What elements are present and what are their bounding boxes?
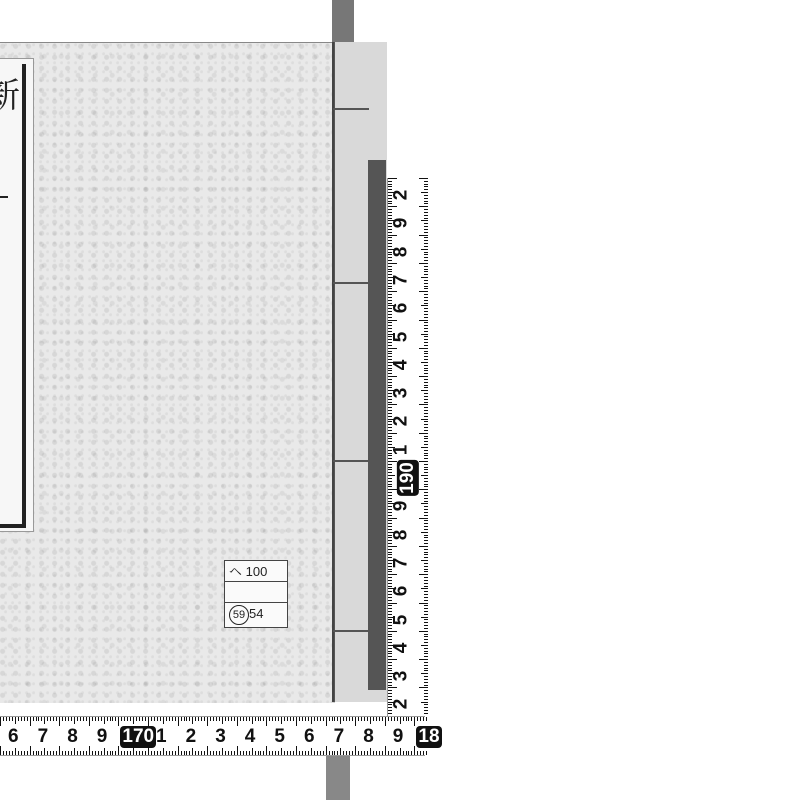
ruler-number: 190 [397,460,419,496]
ruler-number: 8 [67,726,78,748]
ruler-number: 6 [304,726,315,748]
binding-thread [332,42,334,702]
ruler-number: 1 [390,444,412,455]
ruler-number: 9 [393,726,404,748]
ruler-number: 2 [390,699,412,710]
ruler-number: 5 [274,726,285,748]
ruler-number: 3 [215,726,226,748]
ruler-number: 9 [97,726,108,748]
label-number-suffix: 54 [249,606,263,621]
ruler-number: 18 [416,726,441,748]
ruler-number: 9 [390,501,412,512]
ruler-number: 8 [363,726,374,748]
stitch [333,108,369,110]
label-row-number: 5954 [225,603,287,624]
label-row-blank [225,582,287,603]
ruler-number: 4 [245,726,256,748]
ruler-number: 170 [120,726,156,748]
ruler-number: 9 [390,218,412,229]
binding-tape-bottom [326,752,350,800]
stitch [333,630,369,632]
ruler-number: 6 [390,586,412,597]
ownership-stamp: 59 [229,605,249,625]
label-row-classification: ヘ 100 [225,561,287,582]
ruler-number: 4 [390,360,412,371]
ruler-number: 7 [38,726,49,748]
title-slip-border [0,64,26,528]
ruler-number: 3 [390,671,412,682]
title-character: 新 [0,68,30,117]
ruler-number: 4 [390,643,412,654]
ruler-number: 1 [156,726,167,748]
ruler-number: 8 [390,246,412,257]
ruler-number: 5 [390,331,412,342]
ruler-number: 6 [390,303,412,314]
ruler-number: 5 [390,614,412,625]
binding-tape-top [332,0,354,44]
ruler-number: 7 [334,726,345,748]
stitch [333,460,369,462]
ruler-number: 2 [390,190,412,201]
ruler-number: 3 [390,388,412,399]
stitch [333,282,369,284]
ruler-number: 7 [390,558,412,569]
spine-shadow [368,160,386,690]
ruler-number: 2 [186,726,197,748]
ruler-number: 2 [390,416,412,427]
ruler-number: 8 [390,529,412,540]
horizontal-ruler: 678917012345678918 [0,716,425,756]
vertical-ruler: 298765432119098765432 [387,178,428,716]
catalog-label: ヘ 100 5954 [224,560,288,628]
ruler-number: 6 [8,726,19,748]
title-stroke [0,196,8,198]
ruler-number: 7 [390,275,412,286]
